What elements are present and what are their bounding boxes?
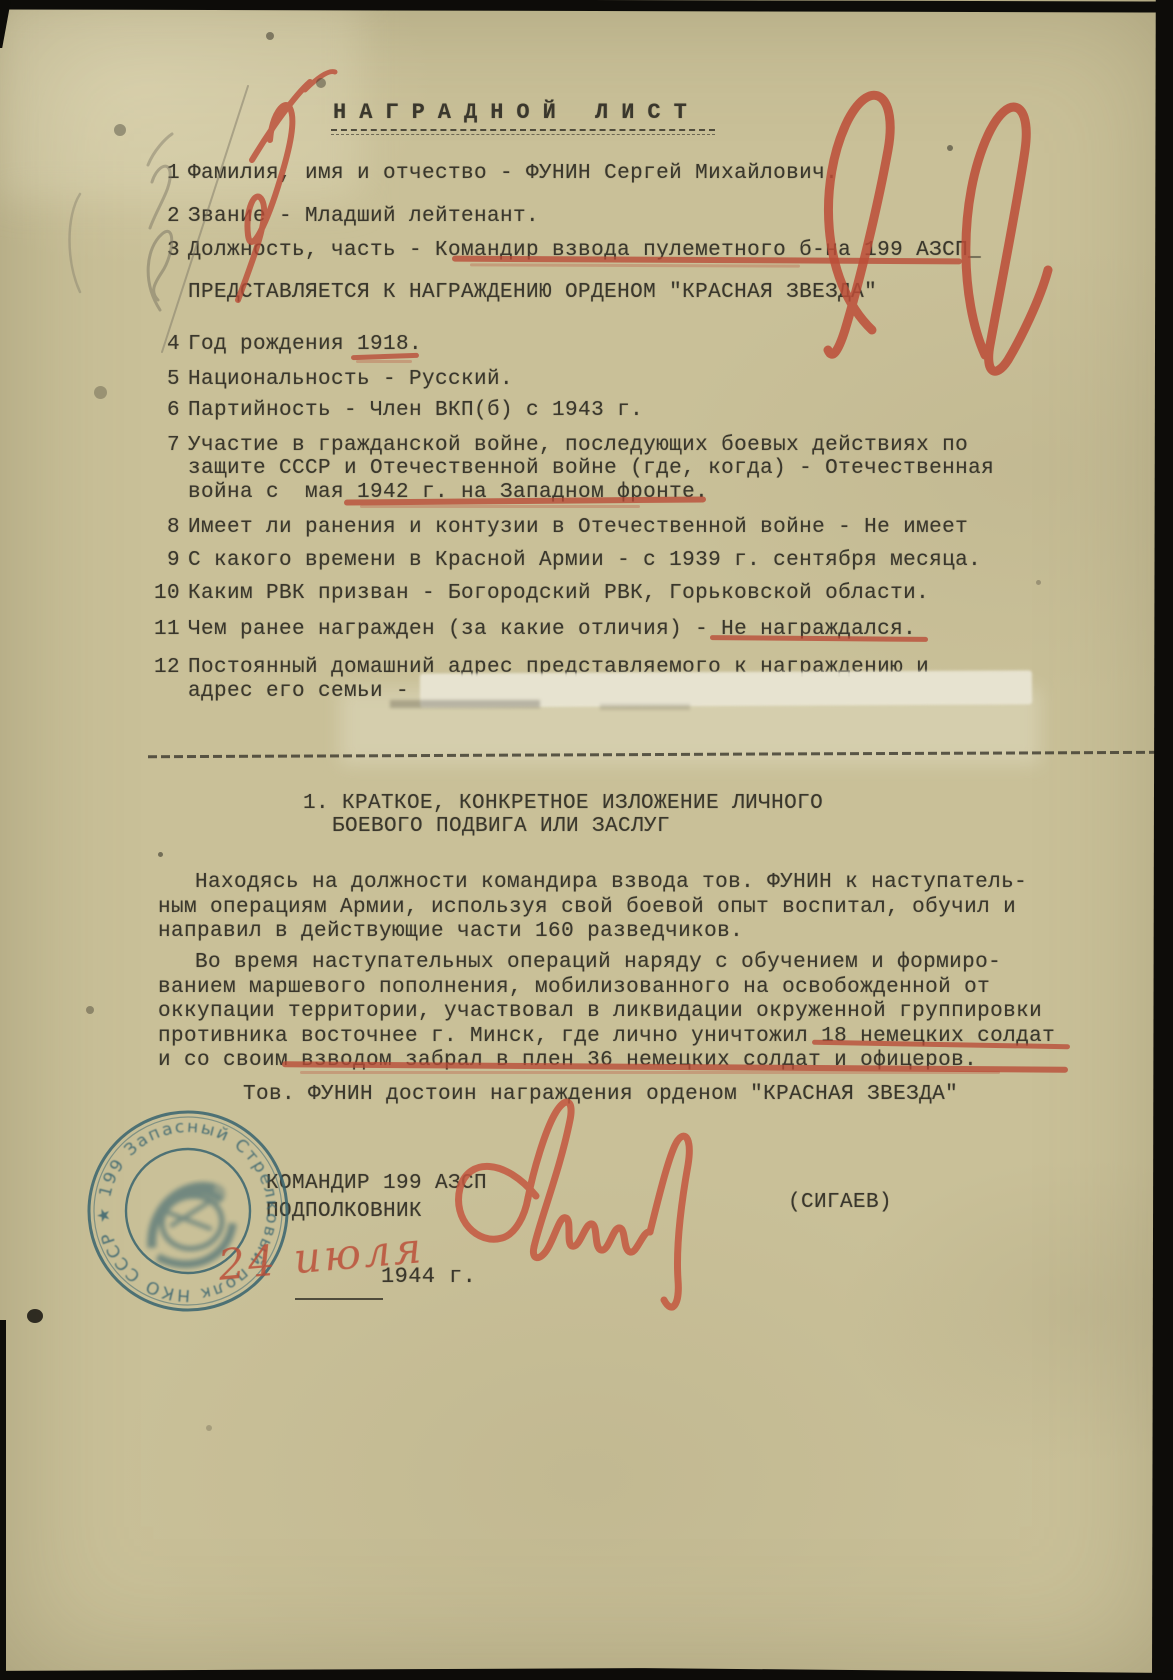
typed-line: Партийность - Член ВКП(б) с 1943 г. — [188, 399, 643, 423]
typed-line: оккупации территории, участвовал в ликви… — [158, 1000, 1055, 1025]
erased-text-ghost — [600, 704, 690, 710]
form-item-row: 11Чем ранее награжден (за какие отличия)… — [150, 618, 1110, 642]
form-item-text: Каким РВК призван - Богородский РВК, Гор… — [188, 582, 929, 606]
red-underline-smear — [356, 360, 412, 363]
story-paragraph: Во время наступательных операций наряду … — [158, 951, 1055, 1074]
red-underline-smear — [300, 1071, 1000, 1074]
typed-line: С какого времени в Красной Армии - с 193… — [188, 549, 981, 573]
typed-line: ванием маршевого пополнения, мобилизован… — [158, 976, 1055, 1001]
scanned-award-sheet: НАГРАДНОЙ ЛИСТ 1Фамилия, имя и отчество … — [0, 0, 1173, 1680]
form-item-text: Участие в гражданской войне, последующих… — [188, 434, 994, 505]
form-item-number: 8 — [150, 516, 188, 540]
scan-edge-bottom — [0, 1666, 1173, 1680]
title-underline — [331, 129, 715, 131]
typed-line: направил в действующие части 160 разведч… — [158, 920, 1027, 945]
typed-line: Во время наступательных операций наряду … — [158, 951, 1055, 976]
story-paragraph: Находясь на должности командира взвода т… — [158, 871, 1027, 945]
typed-line: ным операциям Армии, используя свой боев… — [158, 896, 1027, 921]
paper-speck — [266, 32, 274, 40]
typed-line: Имеет ли ранения и контузии в Отечествен… — [188, 516, 968, 540]
red-scrawl-top-left — [200, 60, 370, 330]
section-heading-line1: 1. КРАТКОЕ, КОНКРЕТНОЕ ИЗЛОЖЕНИЕ ЛИЧНОГО — [303, 792, 823, 815]
form-item-number: 9 — [150, 549, 188, 573]
form-item-number: 6 — [150, 399, 188, 423]
section-heading-line2: БОЕВОГО ПОДВИГА ИЛИ ЗАСЛУГ — [332, 815, 670, 838]
form-item-text: Партийность - Член ВКП(б) с 1943 г. — [188, 399, 643, 423]
form-item-row: 10Каким РВК призван - Богородский РВК, Г… — [150, 582, 1110, 606]
punch-hole — [27, 1309, 43, 1323]
red-underline-smear — [360, 505, 640, 508]
title-underline-2 — [331, 134, 715, 135]
date-underscore-line — [295, 1298, 383, 1300]
form-item-row: 8Имеет ли ранения и контузии в Отечестве… — [150, 516, 1110, 540]
form-item-number: 10 — [150, 582, 188, 606]
signature-scrawl — [430, 1080, 750, 1330]
paper-speck — [316, 78, 326, 88]
paper-speck — [206, 1425, 212, 1431]
erased-text-ghost — [390, 700, 540, 708]
typed-line: Находясь на должности командира взвода т… — [158, 871, 1027, 896]
scan-edge-left — [0, 1320, 6, 1680]
signer-name: (СИГАЕВ) — [788, 1191, 892, 1214]
typed-line: Каким РВК призван - Богородский РВК, Гор… — [188, 582, 929, 606]
paper-sheet: НАГРАДНОЙ ЛИСТ 1Фамилия, имя и отчество … — [0, 0, 1173, 1680]
stamp-ring-text: ★ 199 Запасный Стрелковый полк НКО СССР — [79, 1102, 297, 1320]
paper-speck — [1036, 580, 1041, 585]
form-item-number: 12 — [150, 656, 188, 703]
form-item-row: 6Партийность - Член ВКП(б) с 1943 г. — [150, 399, 1110, 423]
paper-speck — [158, 852, 163, 857]
form-item-number: 11 — [150, 618, 188, 642]
document-title: НАГРАДНОЙ ЛИСТ — [333, 100, 700, 125]
scan-edge-right — [1152, 0, 1173, 1680]
red-initials-top-right — [760, 60, 1100, 380]
typed-line: Участие в гражданской войне, последующих… — [188, 434, 994, 458]
form-item-text: Имеет ли ранения и контузии в Отечествен… — [188, 516, 968, 540]
form-item-number: 7 — [150, 434, 188, 505]
round-unit-stamp: ★ 199 Запасный Стрелковый полк НКО СССР — [68, 1091, 308, 1331]
paper-speck — [114, 124, 126, 136]
paper-speck — [94, 386, 107, 399]
paper-speck — [86, 1006, 94, 1014]
form-item-text: С какого времени в Красной Армии - с 193… — [188, 549, 981, 573]
paper-speck — [947, 145, 953, 151]
typed-line: защите СССР и Отечественной войне (где, … — [188, 457, 994, 481]
form-item-row: 7Участие в гражданской войне, последующи… — [150, 434, 1110, 505]
form-item-row: 9С какого времени в Красной Армии - с 19… — [150, 549, 1110, 573]
